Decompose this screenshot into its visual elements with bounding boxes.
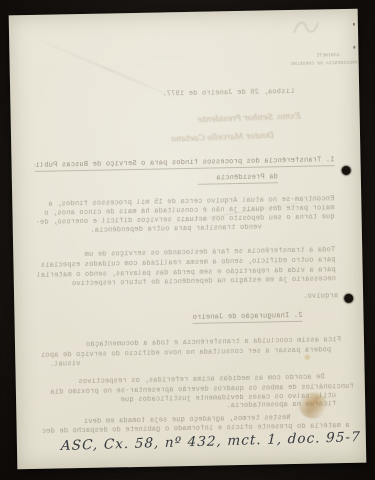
section-heading-line: 2. Inauguração de Janeiro: [192, 312, 302, 324]
punch-hole: [342, 166, 351, 175]
edge-speck: [353, 23, 355, 26]
handwritten-salutation-line: Exmo. Senhor Presidente: [149, 111, 301, 126]
section-heading-line: da Presidência: [198, 173, 278, 185]
scanned-document-photo: { "scan": { "background_color": "#171310…: [0, 0, 375, 480]
section-heading-line: 1. Transferência dos processos findos pa…: [34, 156, 334, 172]
faint-emblem-mark: [292, 17, 320, 38]
letterhead-line: PRESIDÊNCIA DO CONSELHO: [284, 61, 358, 67]
edge-speck: [353, 46, 355, 49]
body-line: arquivo.: [302, 292, 338, 301]
date-line: Lisboa, 20 de Janeiro de 1977.: [150, 88, 294, 99]
body-line: visual.: [40, 360, 80, 369]
document-page: GABINETE PRESIDÊNCIA DO CONSELHO Lisboa,…: [9, 9, 367, 470]
handwritten-salutation-line: Doutor Marcello Caetano: [102, 131, 274, 146]
stain: [299, 392, 327, 419]
punch-hole: [344, 294, 353, 303]
letterhead-line: GABINETE: [297, 53, 339, 59]
stain: [303, 354, 311, 361]
